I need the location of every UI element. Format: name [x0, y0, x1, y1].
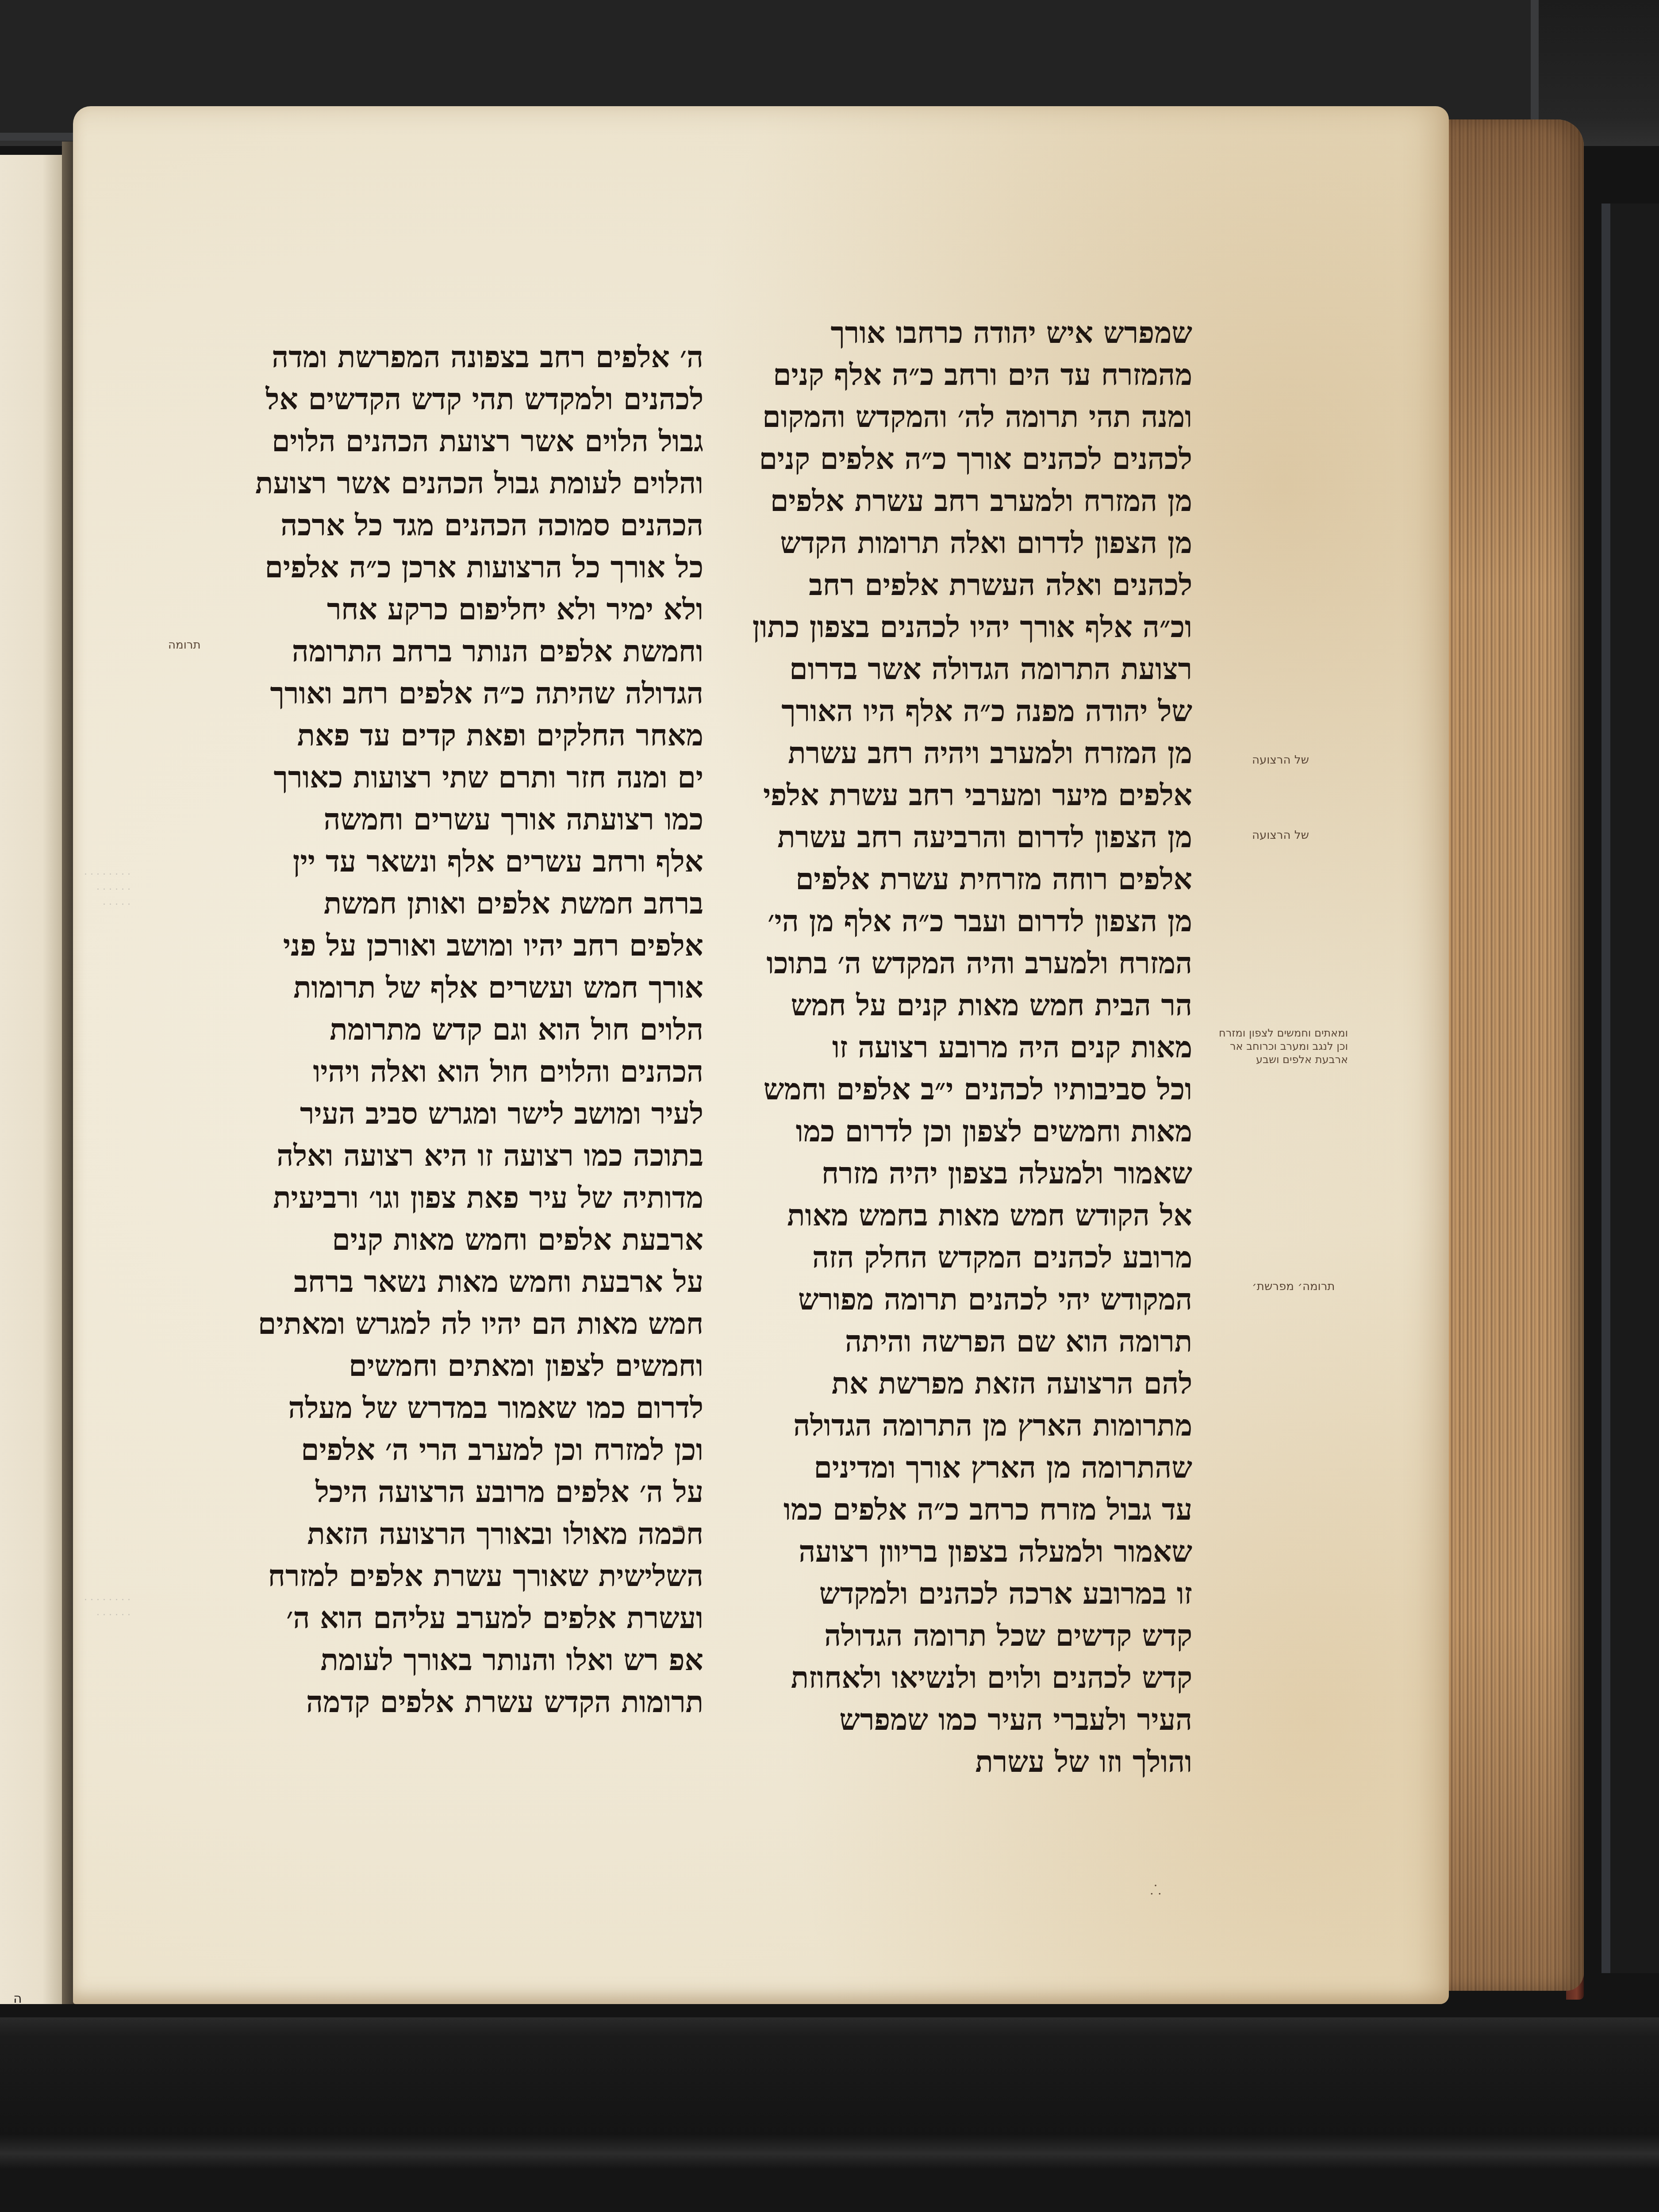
- text-line: מאות קנים היה מרובע רצועה זו: [772, 1026, 1192, 1068]
- text-line: רצועת התרומה הגדולה אשר בדרום: [772, 648, 1192, 690]
- text-line: ים ומנה חזר ותרם שתי רצועות כאורך: [248, 757, 703, 799]
- marginal-note-line: וכן לנגב ומערב וכרוחב אר: [1219, 1040, 1348, 1053]
- text-column-right: שמפרש איש יהודה כרחבו אורךמהמזרח עד הים …: [772, 312, 1192, 1783]
- text-line: אלפים רוחה מזרחית עשרת אלפים: [772, 858, 1192, 900]
- marginal-note-right-3: ומאתים וחמשים לצפון ומזרח וכן לנגב ומערב…: [1219, 1026, 1348, 1066]
- text-line: מאות וחמשים לצפון וכן לדרום כמו: [772, 1110, 1192, 1152]
- text-line: הכהנים והלוים חול הוא ואלה ויהיו: [248, 1051, 703, 1093]
- text-line: המקודש יהי לכהנים תרומה מפורש: [772, 1279, 1192, 1321]
- marginal-note-right-4: תרומה׳ מפרשת׳: [1252, 1279, 1335, 1294]
- text-line: מתרומות הארץ מן התרומה הגדולה: [772, 1405, 1192, 1447]
- facing-page-edge: [0, 155, 71, 2004]
- text-line: והולך וזו של עשרת: [772, 1741, 1192, 1783]
- text-line: וחמשת אלפים הנותר ברחב התרומה: [248, 630, 703, 672]
- marginal-note-right-1: של הרצועה: [1252, 752, 1309, 768]
- text-line: הגדולה שהיתה כ״ה אלפים רחב ואורך: [248, 672, 703, 714]
- text-line: ברחב חמשת אלפים ואותן חמשת: [248, 883, 703, 925]
- text-line: המזרח ולמערב והיה המקדש ה׳ בתוכו: [772, 942, 1192, 984]
- text-line: של יהודה מפנה כ״ה אלף היו האורך: [772, 690, 1192, 732]
- text-line: וכל סביבותיו לכהנים י״ב אלפים וחמש: [772, 1068, 1192, 1110]
- text-line: להם הרצועה הזאת מפרשת את: [772, 1363, 1192, 1405]
- text-line: אל הקודש חמש מאות בחמש מאות: [772, 1194, 1192, 1237]
- marginal-note-line: ומאתים וחמשים לצפון ומזרח: [1219, 1026, 1348, 1040]
- text-line: ועשרת אלפים למערב עליהם הוא ה׳: [248, 1597, 703, 1639]
- text-line: הכהנים סמוכה הכהנים מגד כל ארכה: [248, 504, 703, 546]
- velvet-background-bottom: [0, 2017, 1659, 2212]
- text-line: זו במרובע ארכה לכהנים ולמקדש: [772, 1573, 1192, 1615]
- text-line: על ארבעת וחמש מאות נשאר ברחב: [248, 1261, 703, 1303]
- text-line: העיר ולעברי העיר כמו שמפרש: [772, 1699, 1192, 1741]
- text-line: מרובע לכהנים המקדש החלק הזה: [772, 1237, 1192, 1279]
- text-line: שהתרומה מן הארץ אורך ומדינים: [772, 1447, 1192, 1489]
- text-line: שאמור ולמעלה בצפון יהיה מזרח: [772, 1152, 1192, 1194]
- marginal-note-left: תרומה: [168, 637, 201, 653]
- text-line: קדש קדשים שכל תרומה הגדולה: [772, 1615, 1192, 1657]
- text-line: מן הצפון לדרום ועבר כ״ה אלף מן הי׳: [772, 900, 1192, 942]
- text-line: ומנה תהי תרומה לה׳ והמקדש והמקום: [772, 396, 1192, 438]
- section-mark: ה: [677, 1522, 684, 1535]
- text-line: גבול הלוים אשר רצועת הכהנים הלוים: [248, 420, 703, 462]
- text-line: אפ רש ואלו והנותר באורך לעומת: [248, 1639, 703, 1681]
- text-line: על ה׳ אלפים מרובע הרצועה היכל: [248, 1471, 703, 1513]
- text-line: קדש לכהנים ולוים ולנשיאו ולאחוזת: [772, 1657, 1192, 1699]
- text-line: תרומה הוא שם הפרשה והיתה: [772, 1321, 1192, 1363]
- text-line: לעיר ומושב לישר ומגרש סביב העיר: [248, 1093, 703, 1135]
- text-line: מהמזרח עד הים ורחב כ״ה אלף קנים: [772, 354, 1192, 396]
- text-line: מאחר החלקים ופאת קדים עד פאת: [248, 714, 703, 757]
- velvet-background-right: [1601, 204, 1659, 1973]
- text-line: השלישית שאורך עשרת אלפים למזרח: [248, 1555, 703, 1597]
- text-line: אורך חמש ועשרים אלף של תרומות: [248, 967, 703, 1009]
- text-line: ולא ימיר ולא יחליפום כרקע אחר: [248, 588, 703, 630]
- text-line: שאמור ולמעלה בצפון בריוון רצועה: [772, 1531, 1192, 1573]
- text-line: אלף ורחב עשרים אלף ונשאר עד יין: [248, 841, 703, 883]
- text-line: אלפים מיער ומערבי רחב עשרת אלפי: [772, 774, 1192, 816]
- marginal-note-right-2: של הרצועה: [1252, 827, 1309, 843]
- text-line: לכהנים ואלה העשרת אלפים רחב: [772, 564, 1192, 606]
- text-line: מדותיה של עיר פאת צפון וגו׳ ורביעית: [248, 1177, 703, 1219]
- text-line: תרומות הקדש עשרת אלפים קדמה: [248, 1681, 703, 1723]
- text-line: שמפרש איש יהודה כרחבו אורך: [772, 312, 1192, 354]
- text-line: מן הצפון לדרום ואלה תרומות הקדש: [772, 522, 1192, 564]
- text-line: הלוים חול הוא וגם קדש מתרומת: [248, 1009, 703, 1051]
- marginal-note-line: ארבעת אלפים ושבע: [1219, 1053, 1348, 1066]
- text-column-left: ה׳ אלפים רחב בצפונה המפרשת ומדהלכהנים ול…: [248, 336, 703, 1723]
- text-line: מן המזרח ולמערב רחב עשרת אלפים: [772, 480, 1192, 522]
- show-through-text: · · · · · · · ·· · · · · ·· · · · ·: [84, 867, 131, 912]
- text-line: חכמה מאולו ובאורך הרצועה הזאת: [248, 1513, 703, 1555]
- text-line: הר הבית חמש מאות קנים על חמש: [772, 984, 1192, 1026]
- text-line: וחמשים לצפון ומאתים וחמשים: [248, 1345, 703, 1387]
- text-line: מן הצפון לדרום והרביעה רחב עשרת: [772, 816, 1192, 858]
- text-line: וכן למזרח וכן למערב הרי ה׳ אלפים: [248, 1429, 703, 1471]
- bottom-mark: ⸫: [1150, 1880, 1161, 1898]
- text-line: לכהנים לכהנים אורך כ״ה אלפים קנים: [772, 438, 1192, 480]
- show-through-text: · · · · · · · ·· · · · · ·: [84, 1593, 131, 1623]
- text-line: כמו רצועתה אורך עשרים וחמשה: [248, 799, 703, 841]
- text-line: כל אורך כל הרצועות ארכן כ״ה אלפים: [248, 546, 703, 588]
- text-line: חמש מאות הם יהיו לה למגרש ומאתים: [248, 1303, 703, 1345]
- text-line: ה׳ אלפים רחב בצפונה המפרשת ומדה: [248, 336, 703, 378]
- text-line: עד גבול מזרח כרחב כ״ה אלפים כמו: [772, 1489, 1192, 1531]
- text-line: לכהנים ולמקדש תהי קדש הקדשים אל: [248, 378, 703, 420]
- text-line: לדרום כמו שאמור במדרש של מעלה: [248, 1387, 703, 1429]
- text-line: בתוכה כמו רצועה זו היא רצועה ואלה: [248, 1135, 703, 1177]
- text-line: ארבעת אלפים וחמש מאות קנים: [248, 1219, 703, 1261]
- text-line: מן המזרח ולמערב ויהיה רחב עשרת: [772, 732, 1192, 774]
- text-line: והלוים לעומת גבול הכהנים אשר רצועת: [248, 462, 703, 504]
- text-line: וכ״ה אלף אורך יהיו לכהנים בצפון כתון: [772, 606, 1192, 648]
- text-line: אלפים רחב יהיו ומושב ואורכן על פני: [248, 925, 703, 967]
- facing-page-mark: ה: [13, 1991, 22, 2006]
